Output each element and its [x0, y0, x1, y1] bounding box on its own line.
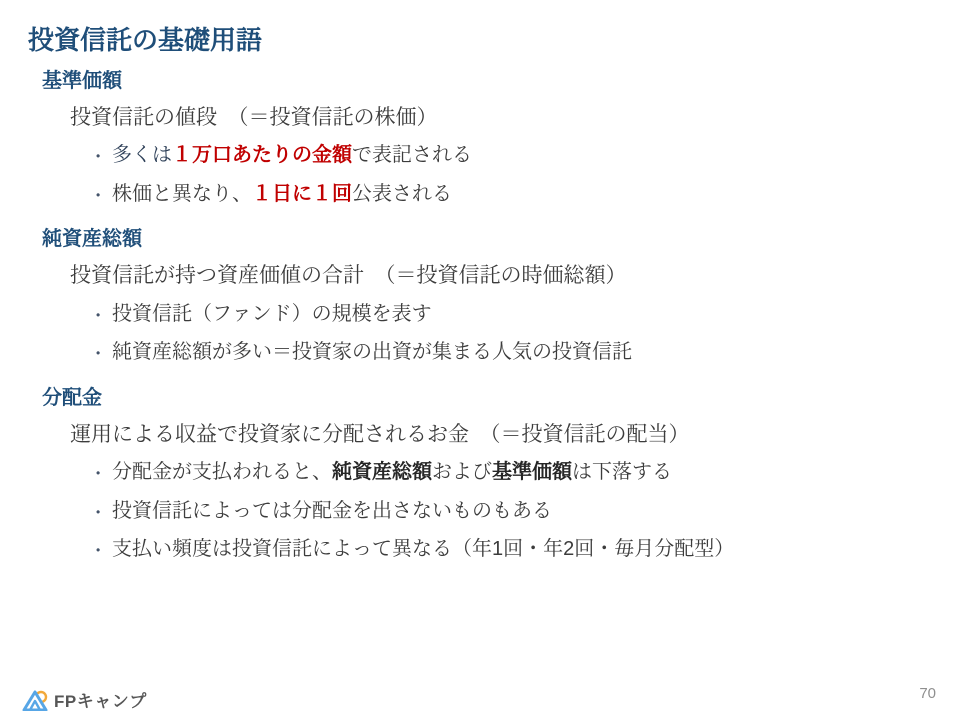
- text-run-normal: 分配金が支払われると、: [112, 461, 332, 483]
- bullet-list: •分配金が支払われると、純資産総額および基準価額は下落する•投資信託によっては分…: [28, 459, 932, 564]
- bullet-dot-icon: •: [96, 459, 112, 479]
- bullet-item: •多くは１万口あたりの金額で表記される: [96, 142, 932, 170]
- bullet-item: •株価と異なり、１日に１回公表される: [96, 181, 932, 209]
- logo-text: FPキャンプ: [54, 687, 147, 712]
- footer-logo: FPキャンプ: [22, 687, 147, 712]
- bullet-dot-icon: •: [96, 181, 112, 201]
- text-run-navy: 多くは: [112, 144, 172, 166]
- term-section: 純資産総額投資信託が持つ資産価値の合計 （＝投資信託の時価総額）•投資信託（ファ…: [28, 226, 932, 366]
- text-run-normal: で表記される: [352, 144, 472, 166]
- term-definition: 投資信託の値段 （＝投資信託の株価）: [70, 104, 932, 131]
- bullet-text: 投資信託（ファンド）の規模を表す: [112, 301, 432, 329]
- term-heading: 基準価額: [42, 68, 932, 94]
- page-title: 投資信託の基礎用語: [28, 24, 932, 58]
- bullet-item: •投資信託によっては分配金を出さないものもある: [96, 498, 932, 526]
- text-run-normal: 株価と異なり、: [112, 183, 252, 205]
- bullet-dot-icon: •: [96, 536, 112, 556]
- term-section: 分配金運用による収益で投資家に分配されるお金 （＝投資信託の配当）•分配金が支払…: [28, 385, 932, 564]
- text-run-red: １日に１回: [252, 183, 352, 205]
- bullet-text: 支払い頻度は投資信託によって異なる（年1回・年2回・毎月分配型）: [112, 536, 734, 564]
- text-run-normal: 純資産総額が多い＝投資家の出資が集まる人気の投資信託: [112, 341, 632, 363]
- text-run-normal: 投資信託（ファンド）の規模を表す: [112, 303, 432, 325]
- bullet-item: •投資信託（ファンド）の規模を表す: [96, 301, 932, 329]
- bullet-text: 多くは１万口あたりの金額で表記される: [112, 142, 472, 170]
- bullet-dot-icon: •: [96, 301, 112, 321]
- term-definition: 運用による収益で投資家に分配されるお金 （＝投資信託の配当）: [70, 421, 932, 448]
- text-run-normal: 支払い頻度は投資信託によって異なる（年1回・年2回・毎月分配型）: [112, 538, 734, 560]
- bullet-item: •純資産総額が多い＝投資家の出資が集まる人気の投資信託: [96, 339, 932, 367]
- bullet-dot-icon: •: [96, 498, 112, 518]
- bullet-text: 株価と異なり、１日に１回公表される: [112, 181, 452, 209]
- bullet-dot-icon: •: [96, 142, 112, 162]
- bullet-list: •投資信託（ファンド）の規模を表す•純資産総額が多い＝投資家の出資が集まる人気の…: [28, 301, 932, 367]
- text-run-normal: 公表される: [352, 183, 452, 205]
- text-run-bold: 純資産総額: [332, 461, 432, 483]
- term-section: 基準価額投資信託の値段 （＝投資信託の株価）•多くは１万口あたりの金額で表記され…: [28, 68, 932, 208]
- bullet-text: 分配金が支払われると、純資産総額および基準価額は下落する: [112, 459, 672, 487]
- term-heading: 分配金: [42, 385, 932, 411]
- bullet-text: 投資信託によっては分配金を出さないものもある: [112, 498, 552, 526]
- page-number: 70: [919, 685, 936, 702]
- text-run-normal: および: [432, 461, 492, 483]
- bullet-dot-icon: •: [96, 339, 112, 359]
- term-definition: 投資信託が持つ資産価値の合計 （＝投資信託の時価総額）: [70, 262, 932, 289]
- slide: 投資信託の基礎用語 基準価額投資信託の値段 （＝投資信託の株価）•多くは１万口あ…: [0, 0, 960, 720]
- bullet-list: •多くは１万口あたりの金額で表記される•株価と異なり、１日に１回公表される: [28, 142, 932, 208]
- term-heading: 純資産総額: [42, 226, 932, 252]
- slide-content: 投資信託の基礎用語 基準価額投資信託の値段 （＝投資信託の株価）•多くは１万口あ…: [0, 0, 960, 564]
- bullet-item: •分配金が支払われると、純資産総額および基準価額は下落する: [96, 459, 932, 487]
- text-run-bold: 基準価額: [492, 461, 572, 483]
- sections-container: 基準価額投資信託の値段 （＝投資信託の株価）•多くは１万口あたりの金額で表記され…: [28, 68, 932, 564]
- bullet-text: 純資産総額が多い＝投資家の出資が集まる人気の投資信託: [112, 339, 632, 367]
- text-run-red: １万口あたりの金額: [172, 144, 352, 166]
- text-run-normal: は下落する: [572, 461, 672, 483]
- text-run-normal: 投資信託によっては分配金を出さないものもある: [112, 500, 552, 522]
- mountain-sun-logo-icon: [22, 689, 50, 711]
- bullet-item: •支払い頻度は投資信託によって異なる（年1回・年2回・毎月分配型）: [96, 536, 932, 564]
